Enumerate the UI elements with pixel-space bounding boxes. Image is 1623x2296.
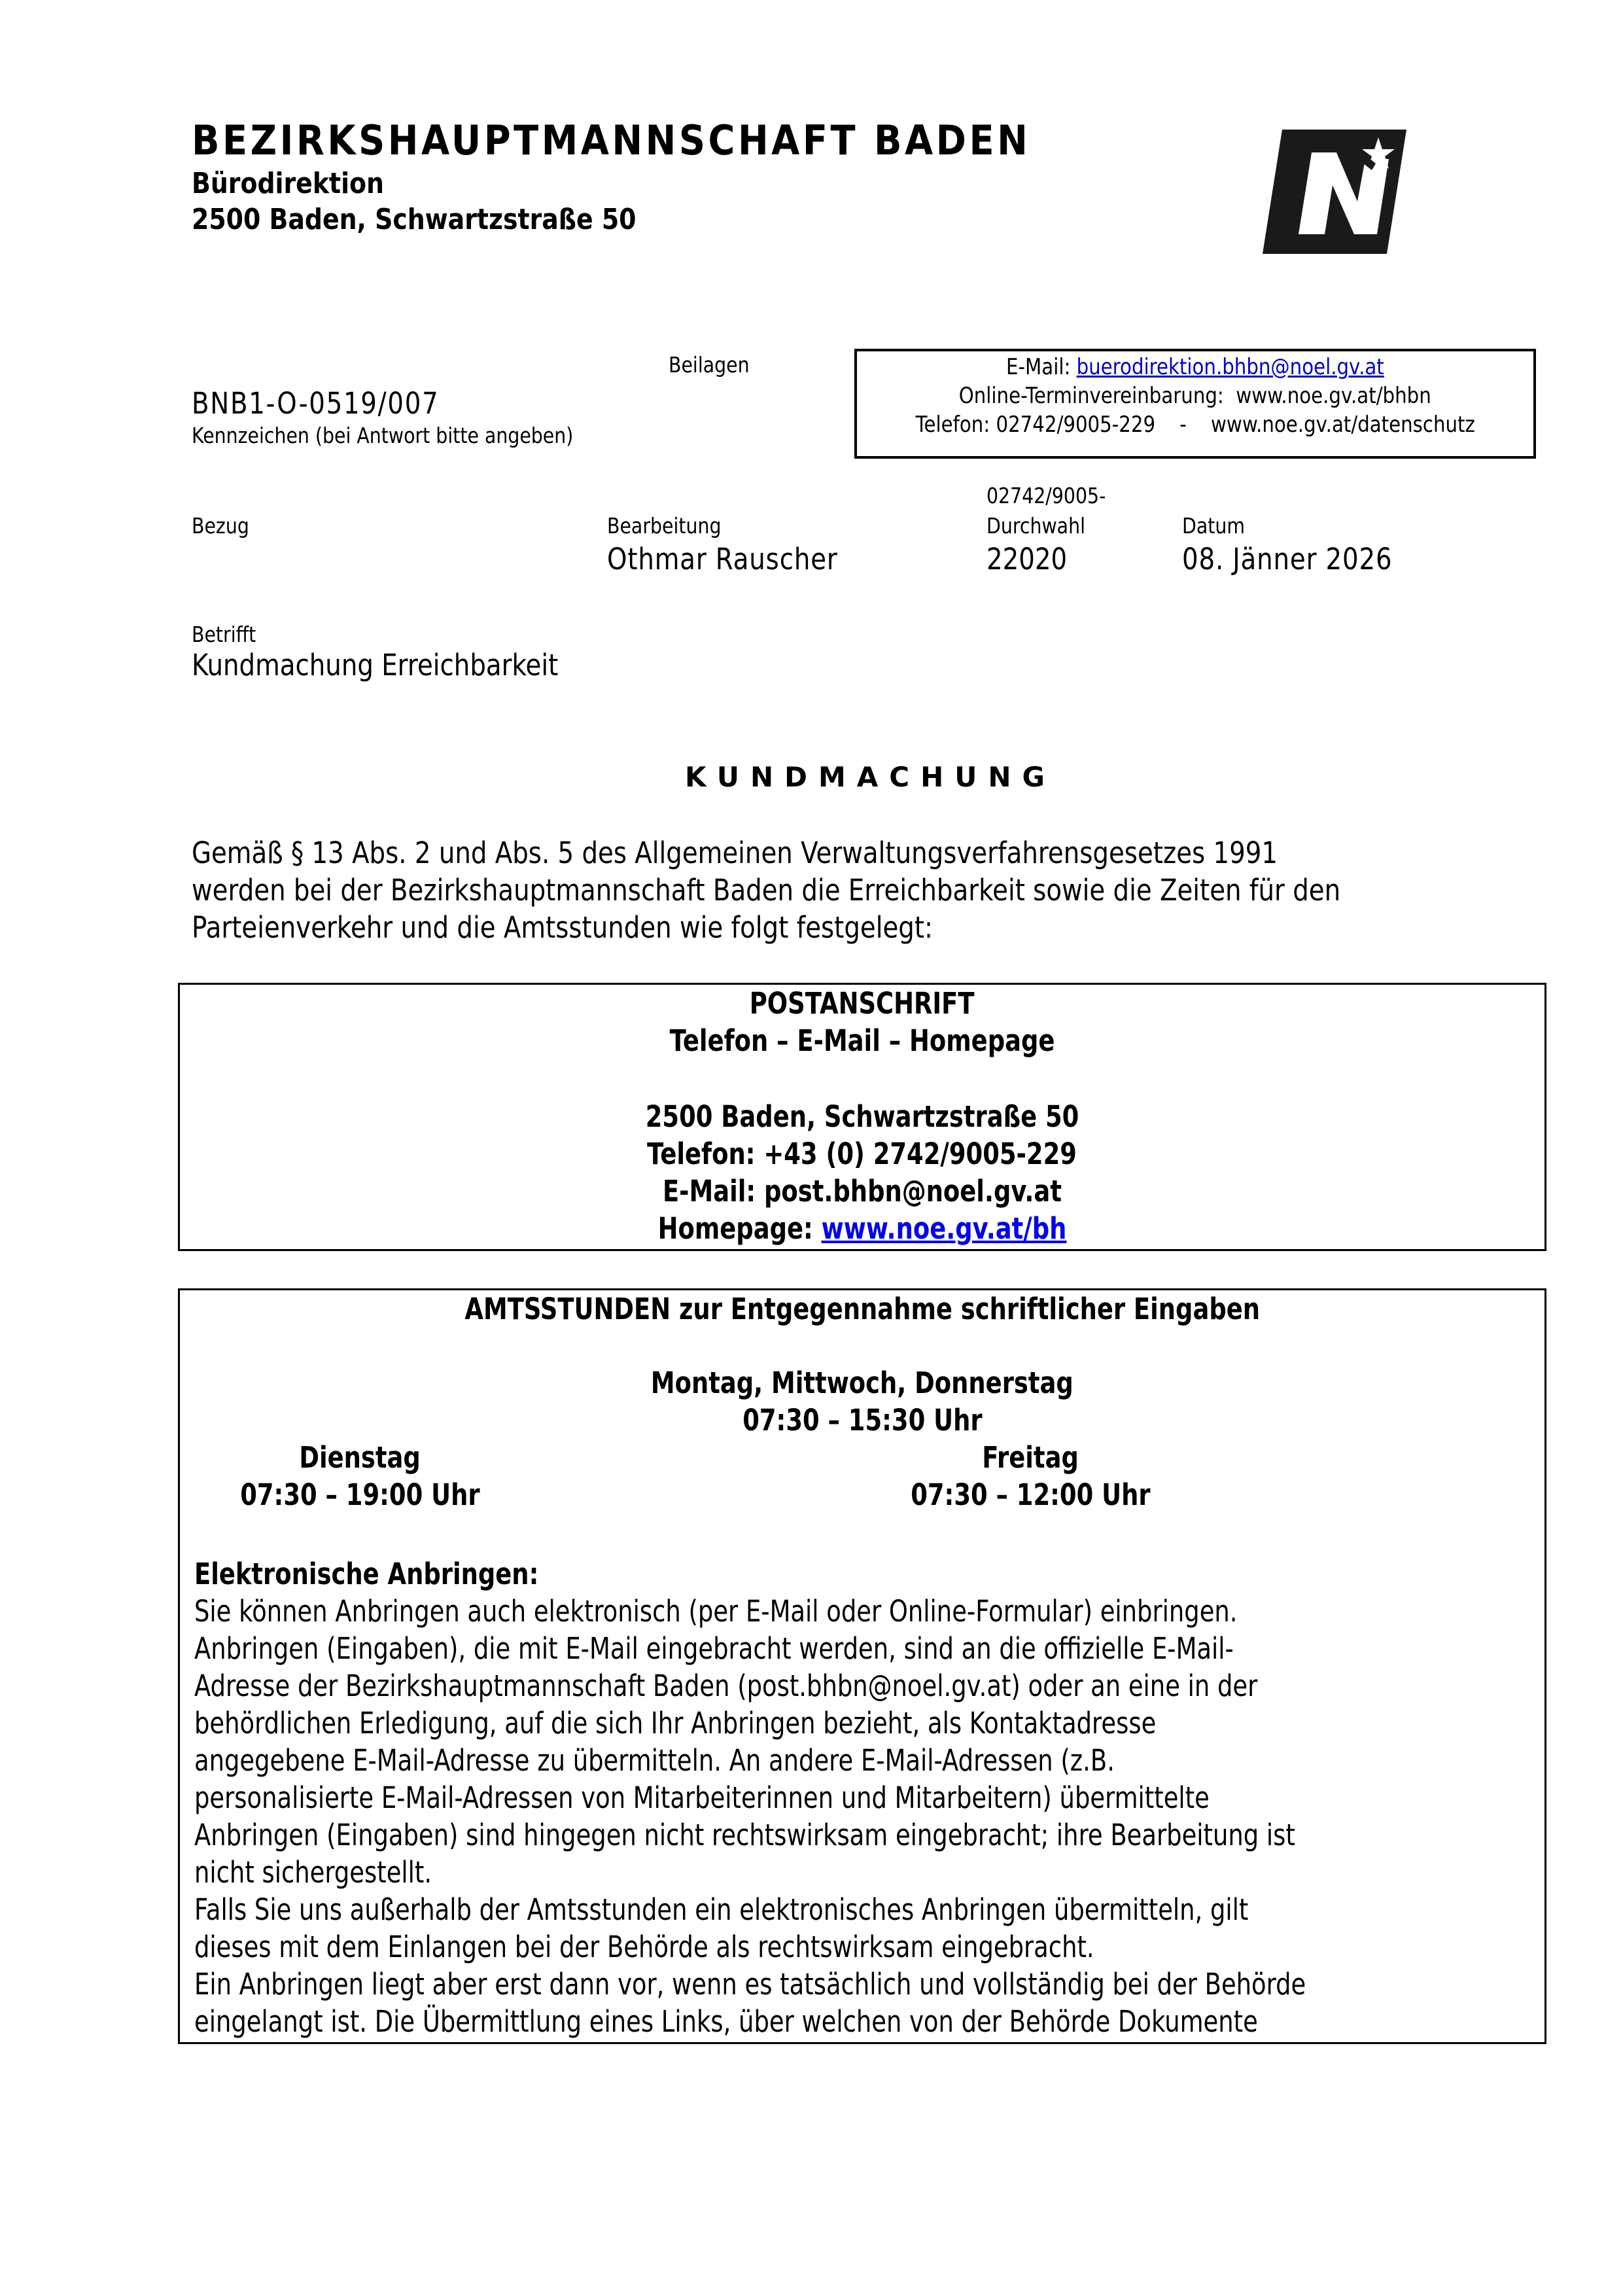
tuesday-hours: 07:30 – 19:00 Uhr [240,1477,480,1512]
durchwahl-value: 22020 [986,542,1067,576]
contact-email-link[interactable]: buerodirektion.bhbn@noel.gv.at [1077,354,1384,380]
datum-label: Datum [1182,513,1245,539]
electronic-line: behördlichen Erledigung, auf die sich Ih… [194,1704,1482,1742]
bezug-label: Bezug [192,513,249,539]
appointment-line: Online-Terminvereinbarung: www.noe.gv.at… [857,383,1533,409]
main-days: Montag, Mittwoch, Donnerstag [651,1366,1073,1400]
electronic-heading: Elektronische Anbringen: [194,1555,1482,1593]
homepage-label: Homepage: [658,1211,822,1246]
phone-privacy-text: Telefon: 02742/9005-229 - www.noe.gv.at/… [915,412,1475,438]
intro-line: Gemäß § 13 Abs. 2 und Abs. 5 des Allgeme… [192,834,1429,872]
electronic-line: dieses mit dem Einlangen bei der Behörde… [194,1928,1482,1966]
phone-privacy-line: Telefon: 02742/9005-229 - www.noe.gv.at/… [857,412,1533,438]
electronic-line: Anbringen (Eingaben) sind hingegen nicht… [194,1816,1482,1854]
electronic-line: Ein Anbringen liegt aber erst dann vor, … [194,1966,1482,2003]
homepage-link[interactable]: www.noe.gv.at/bh [822,1211,1067,1246]
postanschrift-title: POSTANSCHRIFT [750,986,975,1021]
contact-email-line: E-Mail: buerodirektion.bhbn@noel.gv.at [857,354,1533,380]
postanschrift-phone: Telefon: +43 (0) 2742/9005-229 [648,1137,1077,1171]
bearbeitung-label: Bearbeitung [607,513,721,539]
intro-line: werden bei der Bezirkshauptmannschaft Ba… [192,872,1429,909]
durchwahl-label: Durchwahl [986,513,1085,539]
reference-number: BNB1-O-0519/007 [192,386,439,421]
department-name: Bürodirektion [192,167,384,200]
intro-line: Parteienverkehr und die Amtsstunden wie … [192,909,1429,946]
noe-logo-icon [1259,123,1410,257]
postanschrift-address: 2500 Baden, Schwartzstraße 50 [646,1099,1079,1134]
appointment-text: Online-Terminvereinbarung: www.noe.gv.at… [959,383,1431,409]
organization-address: 2500 Baden, Schwartzstraße 50 [192,203,637,236]
electronic-line: Adresse der Bezirkshauptmannschaft Baden… [194,1667,1482,1704]
electronic-line: Falls Sie uns außerhalb der Amtsstunden … [194,1891,1482,1928]
friday-hours: 07:30 – 12:00 Uhr [911,1477,1150,1512]
electronic-line: Sie können Anbringen auch elektronisch (… [194,1593,1482,1630]
contact-box: E-Mail: buerodirektion.bhbn@noel.gv.at O… [854,349,1536,459]
contact-email-label: E-Mail: [1006,354,1077,380]
postanschrift-box: POSTANSCHRIFT Telefon – E-Mail – Homepag… [178,983,1546,1251]
durchwahl-prefix: 02742/9005- [986,483,1106,508]
organization-title: BEZIRKSHAUPTMANNSCHAFT BADEN [192,116,1030,164]
beilagen-label: Beilagen [669,352,750,378]
amtsstunden-title: AMTSSTUNDEN zur Entgegennahme schriftlic… [464,1292,1260,1326]
main-hours: 07:30 – 15:30 Uhr [742,1403,982,1438]
tuesday-label: Dienstag [299,1440,420,1475]
intro-paragraph: Gemäß § 13 Abs. 2 und Abs. 5 des Allgeme… [192,834,1429,946]
friday-label: Freitag [982,1440,1079,1475]
betrifft-value: Kundmachung Erreichbarkeit [192,648,558,682]
reference-hint: Kennzeichen (bei Antwort bitte angeben) [192,423,573,448]
betrifft-label: Betrifft [192,622,256,647]
amtsstunden-box: AMTSSTUNDEN zur Entgegennahme schriftlic… [178,1288,1546,2044]
postanschrift-subtitle: Telefon – E-Mail – Homepage [670,1023,1055,1058]
postanschrift-email: E-Mail: post.bhbn@noel.gv.at [663,1174,1062,1209]
datum-value: 08. Jänner 2026 [1182,542,1392,576]
electronic-line: Anbringen (Eingaben), die mit E-Mail ein… [194,1630,1482,1667]
electronic-line: angegebene E-Mail-Adresse zu übermitteln… [194,1742,1482,1779]
electronic-line: personalisierte E-Mail-Adressen von Mita… [194,1779,1482,1816]
electronic-submissions-section: Elektronische Anbringen: Sie können Anbr… [194,1555,1482,2040]
document-heading: KUNDMACHUNG [0,761,1623,793]
electronic-line: eingelangt ist. Die Übermittlung eines L… [194,2003,1482,2040]
bearbeitung-value: Othmar Rauscher [607,542,838,576]
electronic-line: nicht sichergestellt. [194,1854,1482,1891]
